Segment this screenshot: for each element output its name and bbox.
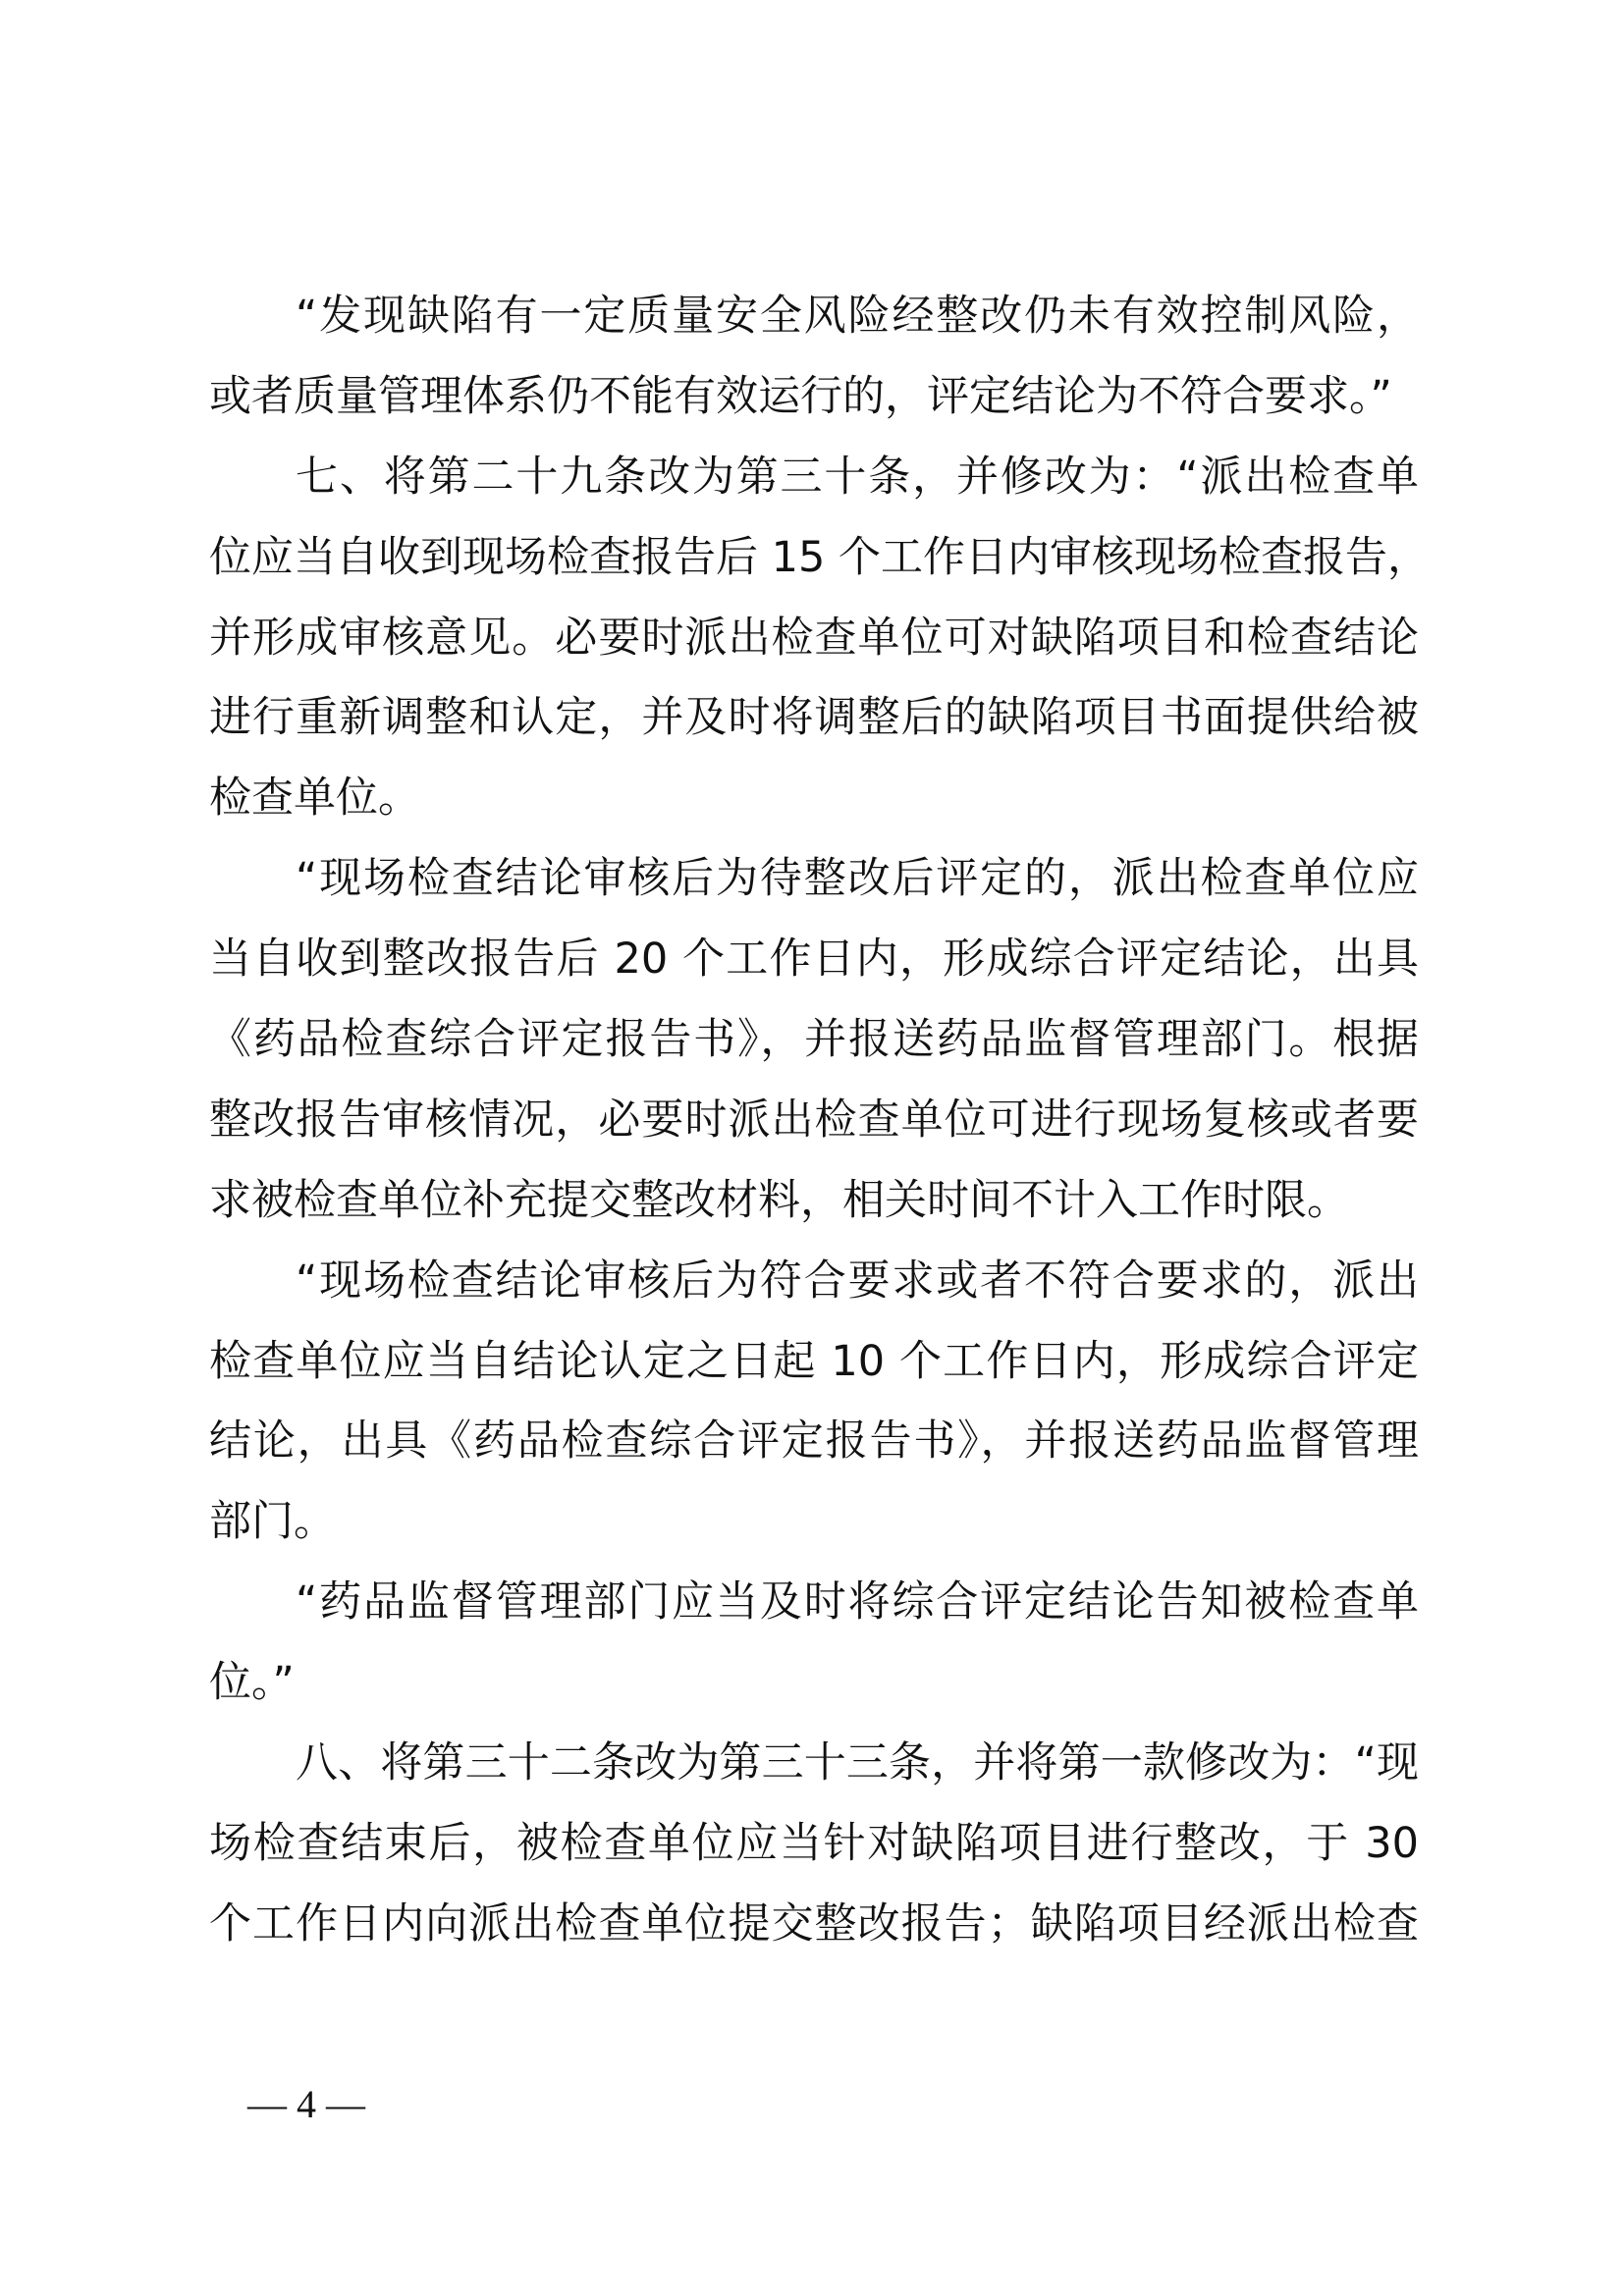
text-line: 或者质量管理体系仍不能有效运行的，评定结论为不符合要求。” [209, 357, 1419, 438]
text-line: 求被检查单位补充提交整改材料，相关时间不计入工作时限。 [209, 1161, 1419, 1242]
text-line: 当自收到整改报告后 20 个工作日内，形成综合评定结论，出具 [209, 920, 1419, 1000]
text-line: 八、将第三十二条改为第三十三条，并将第一款修改为：“现 [209, 1724, 1419, 1804]
text-line: 《药品检查综合评定报告书》，并报送药品监督管理部门。根据 [209, 1000, 1419, 1081]
text-line: 场检查结束后，被检查单位应当针对缺陷项目进行整改，于 30 [209, 1804, 1419, 1885]
text-line: 个工作日内向派出检查单位提交整改报告；缺陷项目经派出检查 [209, 1885, 1419, 1965]
text-line: 结论，出具《药品检查综合评定报告书》，并报送药品监督管理 [209, 1402, 1419, 1482]
text-line: 检查单位。 [209, 759, 1419, 839]
text-line: 进行重新调整和认定，并及时将调整后的缺陷项目书面提供给被 [209, 678, 1419, 759]
text-line: “发现缺陷有一定质量安全风险经整改仍未有效控制风险， [209, 277, 1419, 357]
text-line: “药品监督管理部门应当及时将综合评定结论告知被检查单 [209, 1563, 1419, 1643]
document-page: “发现缺陷有一定质量安全风险经整改仍未有效控制风险， 或者质量管理体系仍不能有效… [0, 0, 1624, 2296]
text-line: 部门。 [209, 1482, 1419, 1563]
text-line: 七、将第二十九条改为第三十条，并修改为：“派出检查单 [209, 438, 1419, 518]
text-line: 并形成审核意见。必要时派出检查单位可对缺陷项目和检查结论 [209, 599, 1419, 679]
text-line: 位应当自收到现场检查报告后 15 个工作日内审核现场检查报告， [209, 518, 1419, 599]
text-line: “现场检查结论审核后为符合要求或者不符合要求的，派出 [209, 1242, 1419, 1322]
text-line: 位。” [209, 1643, 1419, 1724]
page-number: — 4 — [247, 2081, 365, 2127]
text-line: 检查单位应当自结论认定之日起 10 个工作日内，形成综合评定 [209, 1322, 1419, 1403]
text-line: 整改报告审核情况，必要时派出检查单位可进行现场复核或者要 [209, 1081, 1419, 1161]
body-text: “发现缺陷有一定质量安全风险经整改仍未有效控制风险， 或者质量管理体系仍不能有效… [209, 277, 1419, 1965]
text-line: “现场检查结论审核后为待整改后评定的，派出检查单位应 [209, 839, 1419, 920]
